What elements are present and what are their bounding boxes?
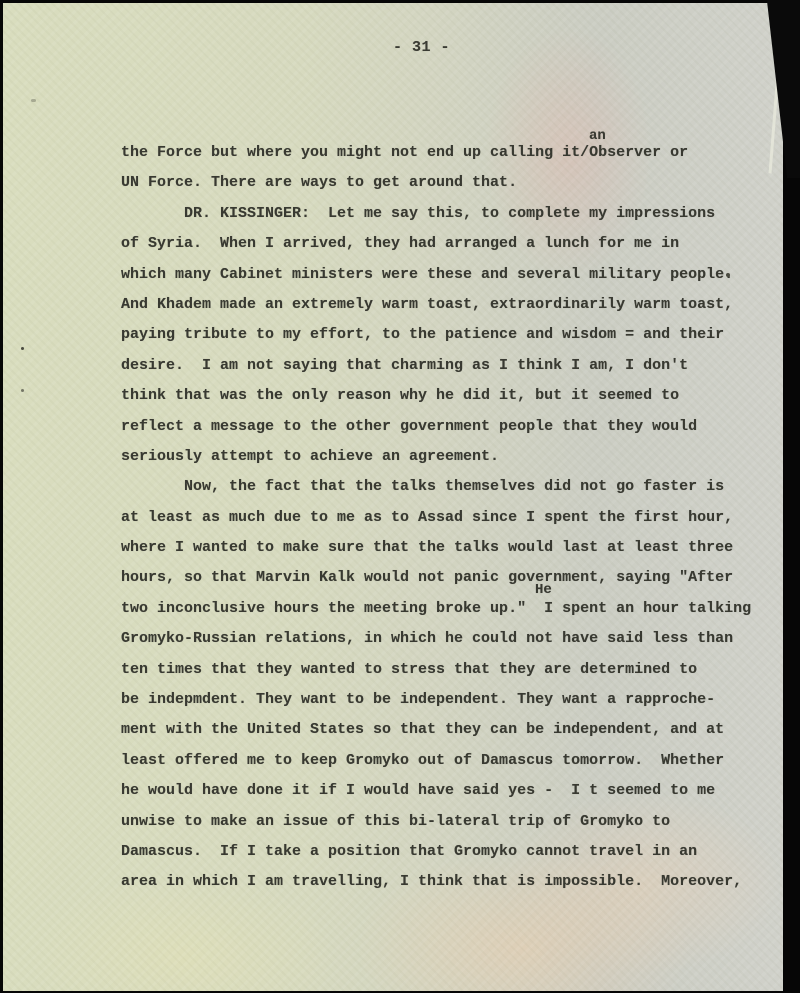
text-line: two inconclusive hours the meeting broke… xyxy=(121,594,781,624)
text-line: of Syria. When I arrived, they had arran… xyxy=(121,229,781,259)
text-line: be indepmdent. They want to be independe… xyxy=(121,685,781,715)
ink-speck xyxy=(21,389,24,392)
text-line: area in which I am travelling, I think t… xyxy=(121,867,781,897)
text-line: Now, the fact that the talks themselves … xyxy=(121,472,781,502)
text-line: which many Cabinet ministers were these … xyxy=(121,260,781,290)
text-line: Gromyko-Russian relations, in which he c… xyxy=(121,624,781,654)
text-line: reflect a message to the other governmen… xyxy=(121,412,781,442)
text-line: And Khadem made an extremely warm toast,… xyxy=(121,290,781,320)
page-number: - 31 - xyxy=(393,39,450,56)
text-line: UN Force. There are ways to get around t… xyxy=(121,168,781,198)
text-line: Damascus. If I take a position that Grom… xyxy=(121,837,781,867)
text-line: unwise to make an issue of this bi-later… xyxy=(121,807,781,837)
text-line: at least as much due to me as to Assad s… xyxy=(121,503,781,533)
text-line: seriously attempt to achieve an agreemen… xyxy=(121,442,781,472)
typewritten-text-block: an He the Force but where you might not … xyxy=(121,138,781,898)
text-line: ment with the United States so that they… xyxy=(121,715,781,745)
text-line: he would have done it if I would have sa… xyxy=(121,776,781,806)
text-line: DR. KISSINGER: Let me say this, to compl… xyxy=(121,199,781,229)
text-line: desire. I am not saying that charming as… xyxy=(121,351,781,381)
inserted-word-an: an xyxy=(589,129,606,143)
text-line: paying tribute to my effort, to the pati… xyxy=(121,320,781,350)
text-line: where I wanted to make sure that the tal… xyxy=(121,533,781,563)
text-line: hours, so that Marvin Kalk would not pan… xyxy=(121,563,781,593)
text-line: think that was the only reason why he di… xyxy=(121,381,781,411)
text-line: least offered me to keep Gromyko out of … xyxy=(121,746,781,776)
text-line: the Force but where you might not end up… xyxy=(121,138,781,168)
ink-speck xyxy=(21,347,24,350)
ink-speck xyxy=(726,273,730,277)
ink-speck xyxy=(31,99,36,102)
inserted-word-he: He xyxy=(535,583,552,597)
scanned-page: - 31 - an He the Force but where you mig… xyxy=(3,3,783,991)
text-line: ten times that they wanted to stress tha… xyxy=(121,655,781,685)
